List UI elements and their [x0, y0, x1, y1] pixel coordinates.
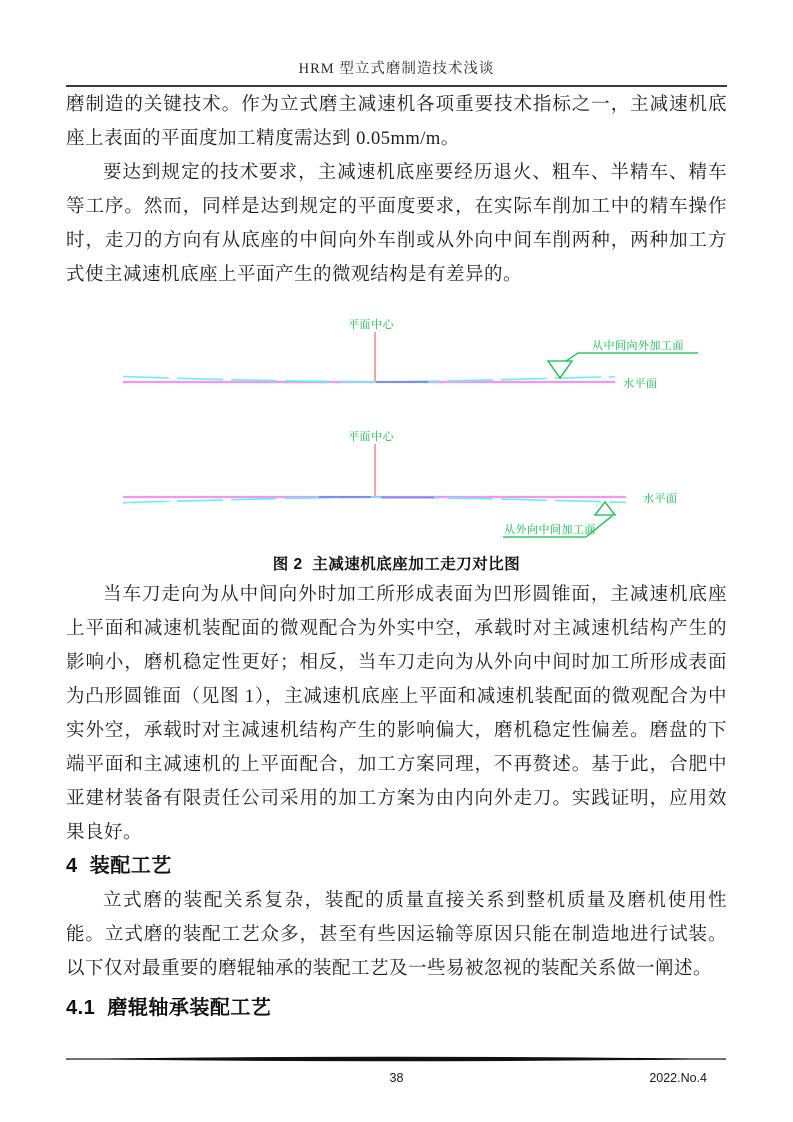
figure-caption: 图 2 主减速机底座加工走刀对比图	[66, 552, 727, 574]
running-head: HRM 型立式磨制造技术浅谈	[66, 57, 727, 87]
paragraph-2: 要达到规定的技术要求，主减速机底座要经历退火、粗车、半精车、精车等工序。然而，同…	[66, 156, 727, 292]
figure-2: 平面中心 从中间向外加工面 水平面 平面中心	[66, 292, 727, 578]
paragraph-4: 立式磨的装配关系复杂，装配的质量直接关系到整机质量及磨机使用性能。立式磨的装配工…	[66, 884, 727, 986]
paragraph-3: 当车刀走向为从中间向外时加工所形成表面为凹形圆锥面，主减速机底座上平面和减速机装…	[66, 578, 727, 850]
top-surface-label: 从中间向外加工面	[592, 338, 684, 352]
document-page: HRM 型立式磨制造技术浅谈 磨制造的关键技术。作为立式磨主减速机各项重要技术指…	[0, 0, 793, 1122]
page-number: 38	[66, 1071, 727, 1085]
issue-label: 2022.No.4	[649, 1071, 707, 1085]
running-head-title: HRM 型立式磨制造技术浅谈	[299, 61, 495, 77]
paragraph-1: 磨制造的关键技术。作为立式磨主减速机各项重要技术指标之一，主减速机底座上表面的平…	[66, 88, 727, 156]
top-plane-center-label: 平面中心	[348, 317, 394, 331]
bottom-finish-mark-triangle	[595, 502, 615, 515]
heading-section-4: 4 装配工艺	[66, 852, 727, 880]
top-finish-mark-triangle	[548, 361, 572, 378]
figure-2-drawing: 平面中心 从中间向外加工面 水平面 平面中心	[66, 292, 726, 550]
top-leader-line	[566, 353, 698, 361]
page-footer: 38 2022.No.4	[66, 1050, 727, 1089]
bottom-diagram: 平面中心 从外向中间加工面 水平面	[123, 429, 678, 537]
top-diagram: 平面中心 从中间向外加工面 水平面	[123, 317, 698, 390]
bottom-surface-label: 从外向中间加工面	[504, 522, 596, 536]
footer-rule	[66, 1056, 726, 1063]
heading-section-4-1: 4.1 磨辊轴承装配工艺	[66, 994, 727, 1022]
top-horizontal-plane-label: 水平面	[623, 376, 658, 390]
footer-row: 38 2022.No.4	[66, 1071, 727, 1089]
footer-rule-lens	[66, 1057, 726, 1062]
bottom-plane-center-label: 平面中心	[348, 429, 394, 443]
bottom-horizontal-plane-label: 水平面	[643, 491, 678, 505]
article-body: 磨制造的关键技术。作为立式磨主减速机各项重要技术指标之一，主减速机底座上表面的平…	[66, 88, 727, 1026]
